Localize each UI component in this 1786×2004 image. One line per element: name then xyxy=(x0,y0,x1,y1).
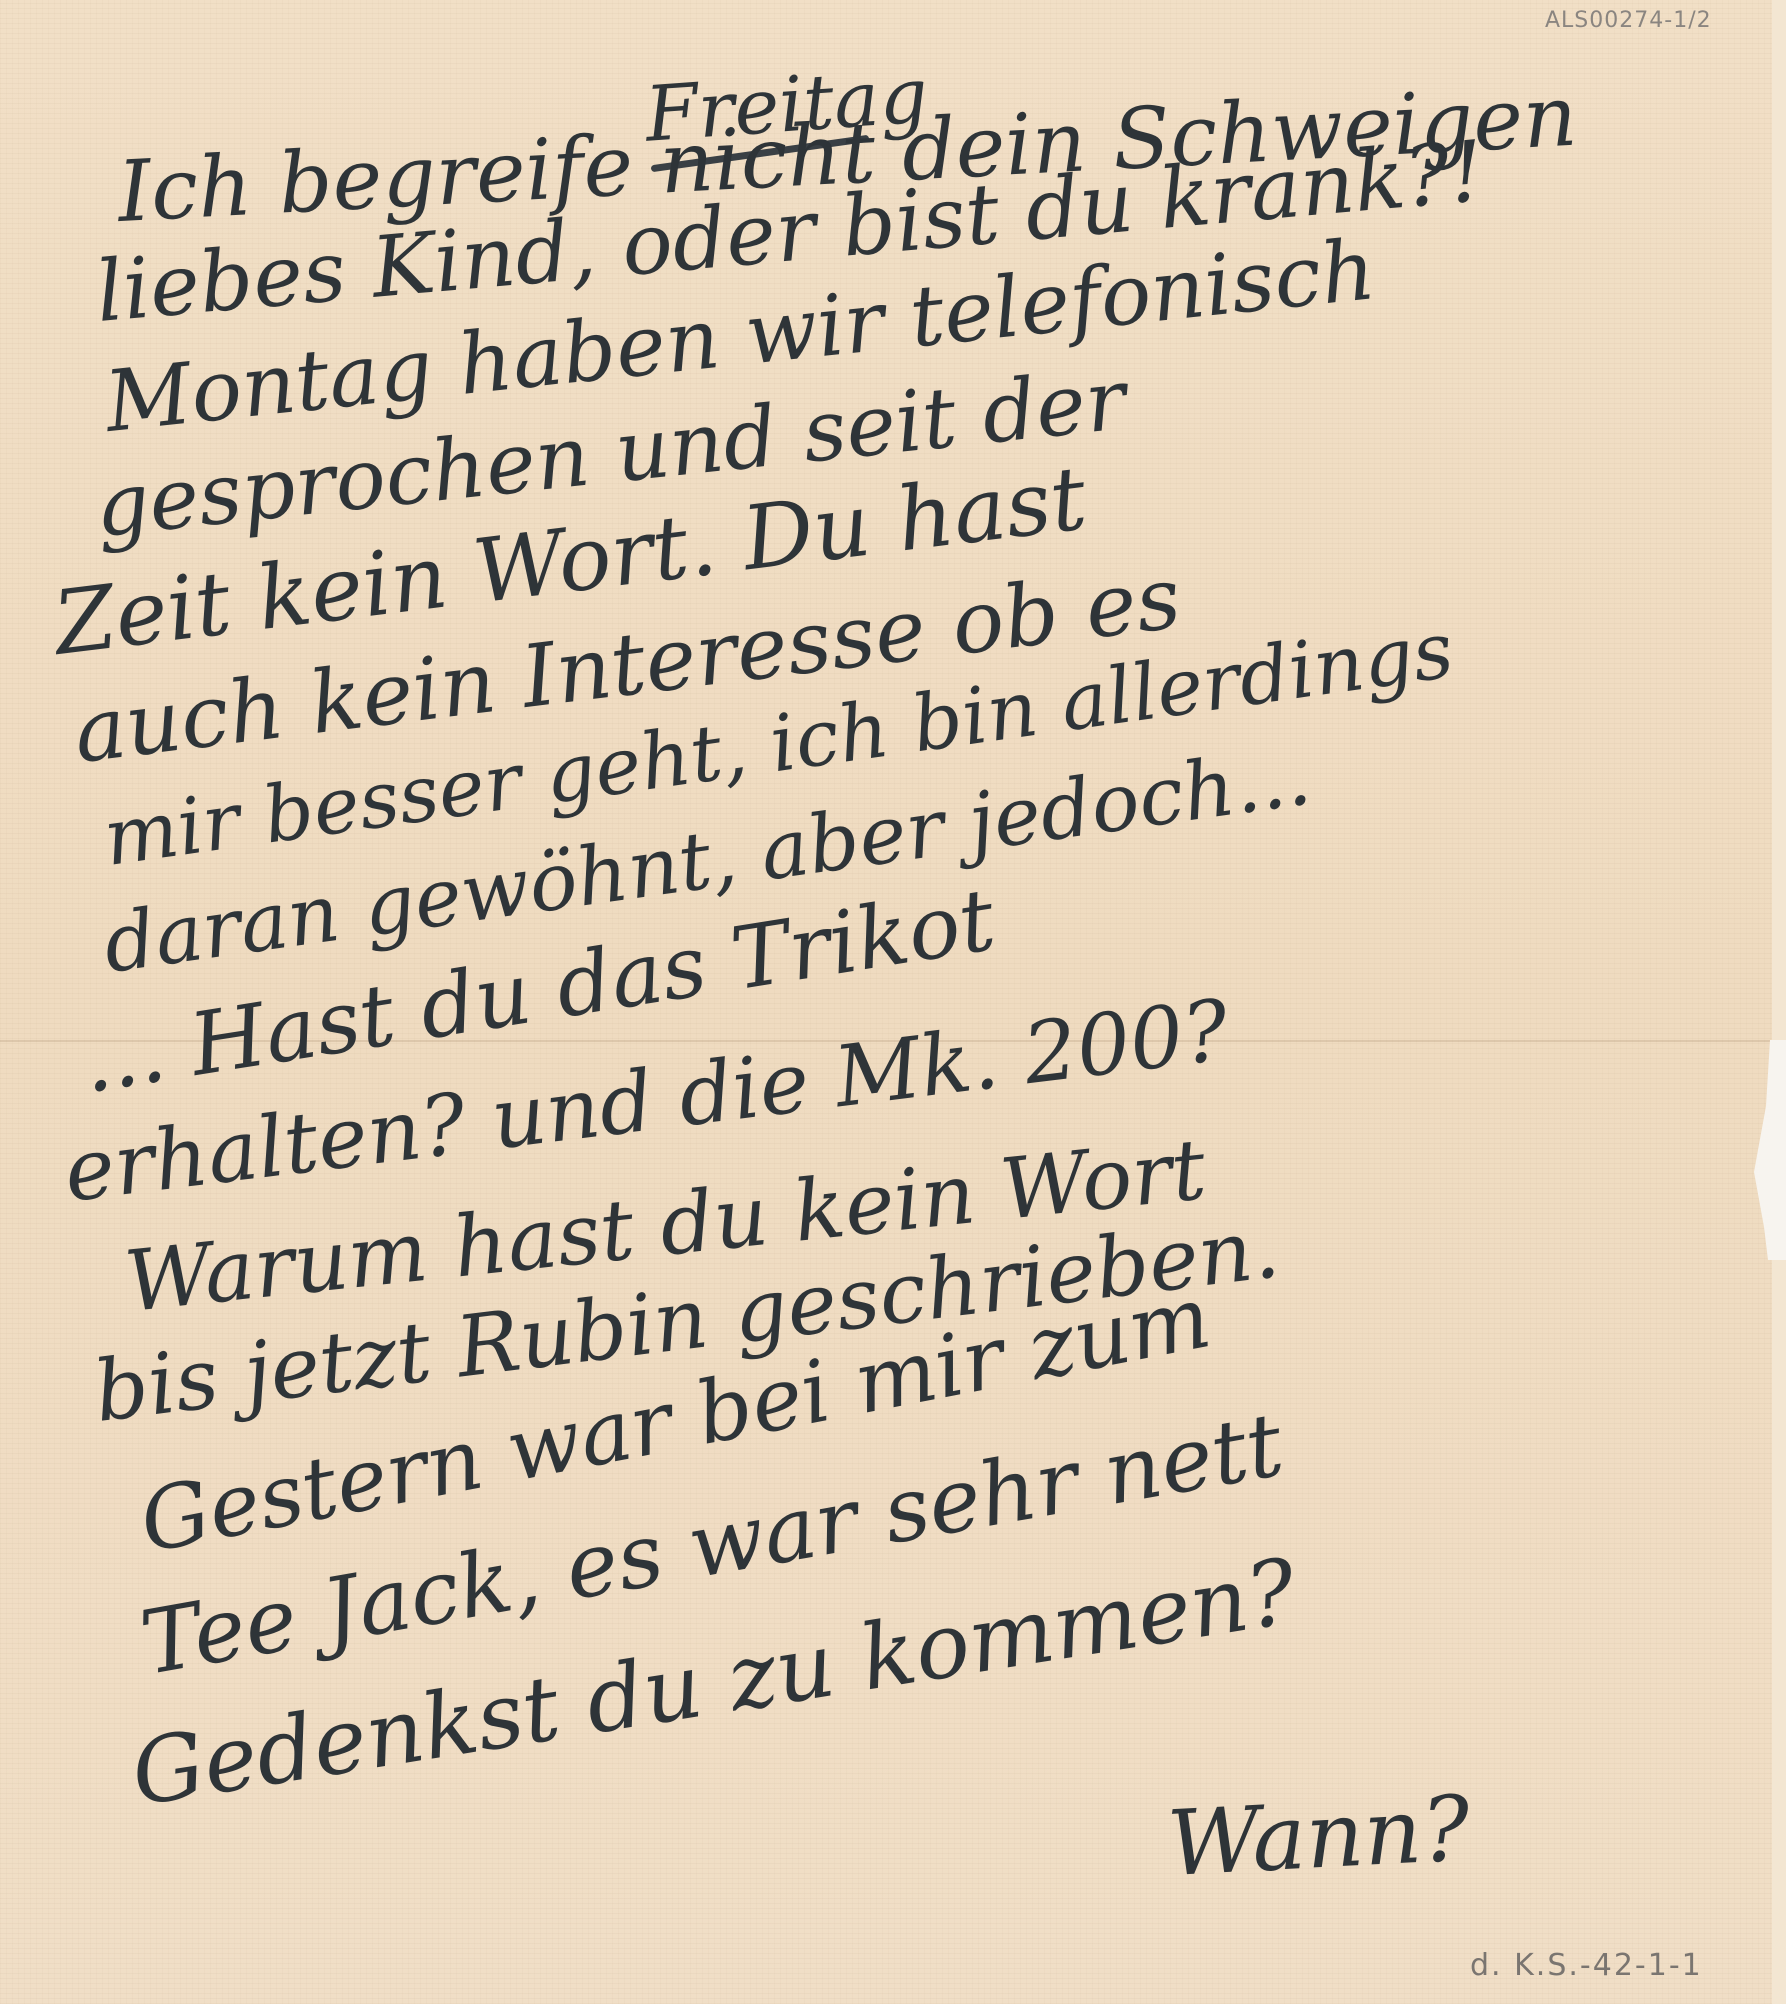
archive-id: ALS00274-1/2 xyxy=(1545,8,1712,33)
shelf-mark: d. K.S.-42-1-1 xyxy=(1470,1948,1703,1983)
letter-line: Wann? xyxy=(1165,1784,1472,1890)
